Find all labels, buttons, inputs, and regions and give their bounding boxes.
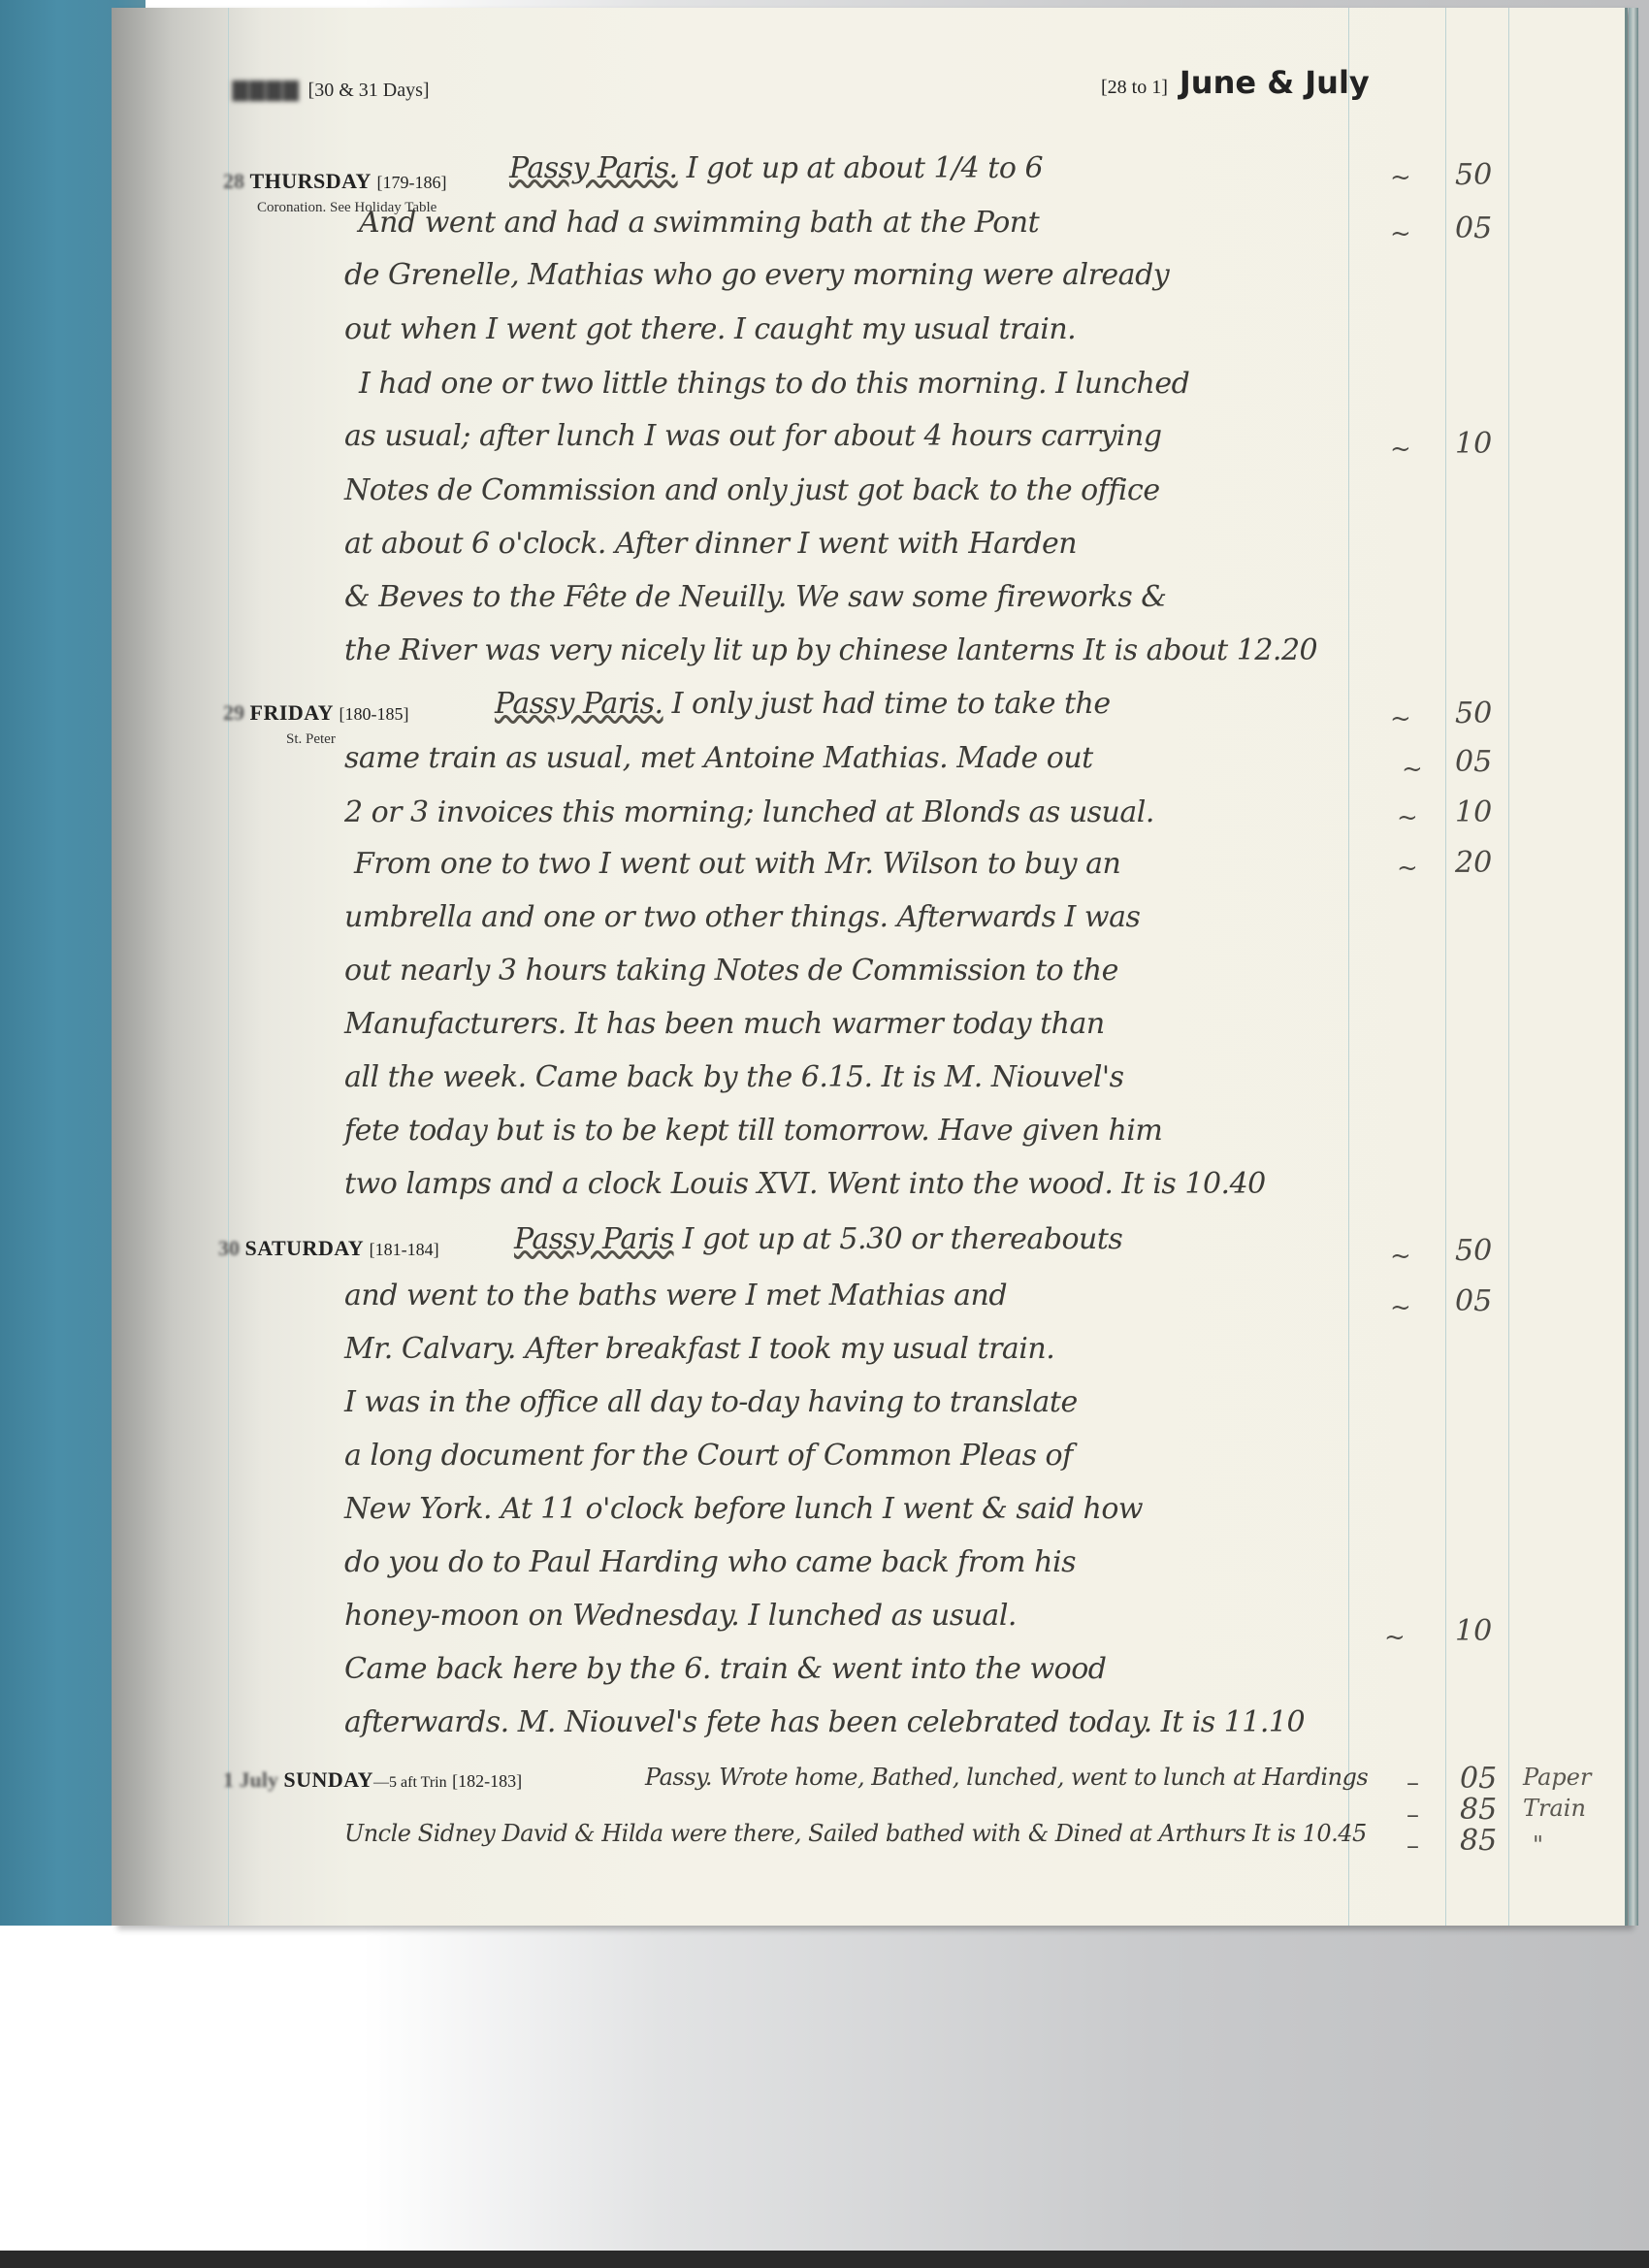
day-heading-saturday: 30 SATURDAY [181-184] bbox=[218, 1236, 439, 1261]
margin-rule bbox=[228, 8, 229, 1926]
handwritten-line: And went and had a swimming bath at the … bbox=[359, 206, 1039, 240]
day-number: 29 bbox=[223, 700, 244, 725]
amount-value: 50 bbox=[1455, 158, 1492, 192]
handwritten-line: two lamps and a clock Louis XVI. Went in… bbox=[344, 1167, 1266, 1201]
day-name: THURSDAY bbox=[250, 169, 372, 193]
day-range: [180-185] bbox=[339, 704, 409, 724]
day-name: SATURDAY bbox=[245, 1236, 365, 1260]
day-name: FRIDAY bbox=[250, 700, 335, 725]
handwritten-line: Passy Paris. I only just had time to tak… bbox=[495, 687, 1111, 721]
amount-mark: ~ bbox=[1390, 435, 1411, 464]
scanner-edge bbox=[0, 2251, 1649, 2268]
diary-page: ▇▇▇▇[30 & 31 Days] [28 to 1] June & July… bbox=[112, 8, 1628, 1926]
handwritten-line: From one to two I went out with Mr. Wils… bbox=[354, 847, 1120, 881]
amount-memo: Paper bbox=[1523, 1764, 1591, 1791]
handwritten-line: at about 6 o'clock. After dinner I went … bbox=[344, 527, 1077, 561]
amount-mark: ~ bbox=[1390, 1242, 1411, 1271]
handwritten-line: as usual; after lunch I was out for abou… bbox=[344, 419, 1162, 453]
amount-value: 10 bbox=[1455, 1614, 1492, 1648]
handwritten-line: out when I went got there. I caught my u… bbox=[344, 312, 1076, 346]
amount-value: 20 bbox=[1455, 846, 1492, 880]
day-heading-thursday: 28 THURSDAY [179-186] bbox=[223, 169, 446, 194]
place-name: Passy Paris. bbox=[509, 151, 678, 185]
handwritten-line: Manufacturers. It has been much warmer t… bbox=[344, 1007, 1105, 1041]
handwritten-line: Mr. Calvary. After breakfast I took my u… bbox=[344, 1332, 1054, 1366]
amount-value: 50 bbox=[1455, 1234, 1492, 1268]
month-prefix: July bbox=[240, 1767, 278, 1792]
day-number: 1 bbox=[223, 1767, 234, 1792]
entry-text: Wrote home, Bathed, lunched, went to lun… bbox=[719, 1764, 1368, 1791]
handwritten-line: I had one or two little things to do thi… bbox=[359, 367, 1189, 401]
amount-column-rule bbox=[1348, 8, 1349, 1926]
handwritten-line: out nearly 3 hours taking Notes de Commi… bbox=[344, 954, 1118, 988]
page-edge bbox=[1629, 8, 1638, 1926]
amount-mark: ~ bbox=[1397, 803, 1418, 832]
amount-column-rule bbox=[1445, 8, 1446, 1926]
day-note: St. Peter bbox=[286, 731, 336, 748]
handwritten-line: Notes de Commission and only just got ba… bbox=[344, 473, 1160, 507]
amount-value: 05 bbox=[1460, 1762, 1497, 1796]
liturgical-note: —5 aft Trin bbox=[373, 1774, 447, 1791]
amount-mark: ~ bbox=[1390, 1293, 1411, 1322]
amount-value: 85 bbox=[1460, 1793, 1497, 1827]
amount-mark: – bbox=[1406, 1768, 1419, 1798]
handwritten-line: fete today but is to be kept till tomorr… bbox=[344, 1114, 1162, 1148]
place-name: Passy Paris bbox=[514, 1222, 674, 1256]
handwritten-line: Passy Paris. I got up at about 1/4 to 6 bbox=[509, 151, 1043, 185]
handwritten-line: I was in the office all day to-day havin… bbox=[344, 1385, 1078, 1419]
blurred-heading: ▇▇▇▇ bbox=[233, 80, 301, 101]
handwritten-line: de Grenelle, Mathias who go every mornin… bbox=[344, 258, 1169, 292]
amount-value: 85 bbox=[1460, 1824, 1497, 1858]
amount-mark: ~ bbox=[1397, 854, 1418, 883]
amount-mark: – bbox=[1406, 1800, 1419, 1830]
handwritten-line: all the week. Came back by the 6.15. It … bbox=[344, 1060, 1124, 1094]
running-head-left: ▇▇▇▇[30 & 31 Days] bbox=[233, 78, 430, 102]
amount-mark: ~ bbox=[1390, 219, 1411, 248]
amount-mark: ~ bbox=[1384, 1623, 1406, 1652]
handwritten-line: honey-moon on Wednesday. I lunched as us… bbox=[344, 1599, 1017, 1633]
day-name: SUNDAY bbox=[283, 1767, 373, 1792]
handwritten-line: New York. At 11 o'clock before lunch I w… bbox=[344, 1492, 1143, 1526]
amount-mark: – bbox=[1406, 1831, 1419, 1861]
day-number: 30 bbox=[218, 1236, 240, 1260]
place-name: Passy Paris. bbox=[495, 687, 663, 721]
amount-value: 05 bbox=[1455, 1284, 1492, 1318]
amount-mark: ~ bbox=[1402, 755, 1423, 784]
handwritten-line: the River was very nicely lit up by chin… bbox=[344, 633, 1317, 667]
handwritten-line: Passy Paris I got up at 5.30 or thereabo… bbox=[514, 1222, 1122, 1256]
handwritten-line: same train as usual, met Antoine Mathias… bbox=[344, 741, 1093, 775]
amount-mark: ~ bbox=[1390, 704, 1411, 733]
day-heading-friday: 29 FRIDAY [180-185] bbox=[223, 700, 409, 726]
memo-column-rule bbox=[1508, 8, 1509, 1926]
entry-text: I got up at about 1/4 to 6 bbox=[687, 151, 1043, 185]
handwritten-line: and went to the baths were I met Mathias… bbox=[344, 1279, 1007, 1312]
amount-value: 05 bbox=[1455, 745, 1492, 779]
day-number: 28 bbox=[223, 169, 244, 193]
handwritten-line: umbrella and one or two other things. Af… bbox=[344, 900, 1140, 934]
running-head-right: [28 to 1] June & July bbox=[1101, 64, 1370, 101]
day-range: [182-183] bbox=[452, 1771, 522, 1791]
place-name: Passy. bbox=[645, 1764, 712, 1791]
amount-memo: " bbox=[1533, 1831, 1543, 1859]
day-heading-sunday: 1 July SUNDAY—5 aft Trin [182-183] bbox=[223, 1767, 522, 1793]
amount-value: 10 bbox=[1455, 795, 1492, 829]
days-label: [30 & 31 Days] bbox=[308, 80, 430, 101]
handwritten-line: do you do to Paul Harding who came back … bbox=[344, 1545, 1076, 1579]
day-range: [179-186] bbox=[376, 173, 446, 192]
date-range: [28 to 1] bbox=[1101, 77, 1168, 98]
amount-memo: Train bbox=[1523, 1795, 1586, 1822]
month-title: June & July bbox=[1180, 64, 1370, 101]
entry-text: I got up at 5.30 or thereabouts bbox=[683, 1222, 1123, 1256]
handwritten-line: & Beves to the Fête de Neuilly. We saw s… bbox=[344, 580, 1166, 614]
amount-mark: ~ bbox=[1390, 163, 1411, 192]
handwritten-line: 2 or 3 invoices this morning; lunched at… bbox=[344, 795, 1154, 829]
handwritten-line: Came back here by the 6. train & went in… bbox=[344, 1652, 1106, 1686]
amount-value: 10 bbox=[1455, 427, 1492, 461]
day-range: [181-184] bbox=[370, 1240, 439, 1259]
amount-value: 50 bbox=[1455, 697, 1492, 730]
handwritten-line: Passy. Wrote home, Bathed, lunched, went… bbox=[645, 1764, 1368, 1791]
entry-text: I only just had time to take the bbox=[672, 687, 1111, 721]
handwritten-line: Uncle Sidney David & Hilda were there, S… bbox=[344, 1820, 1367, 1847]
handwritten-line: afterwards. M. Niouvel's fete has been c… bbox=[344, 1705, 1305, 1739]
handwritten-line: a long document for the Court of Common … bbox=[344, 1439, 1073, 1473]
amount-value: 05 bbox=[1455, 211, 1492, 245]
